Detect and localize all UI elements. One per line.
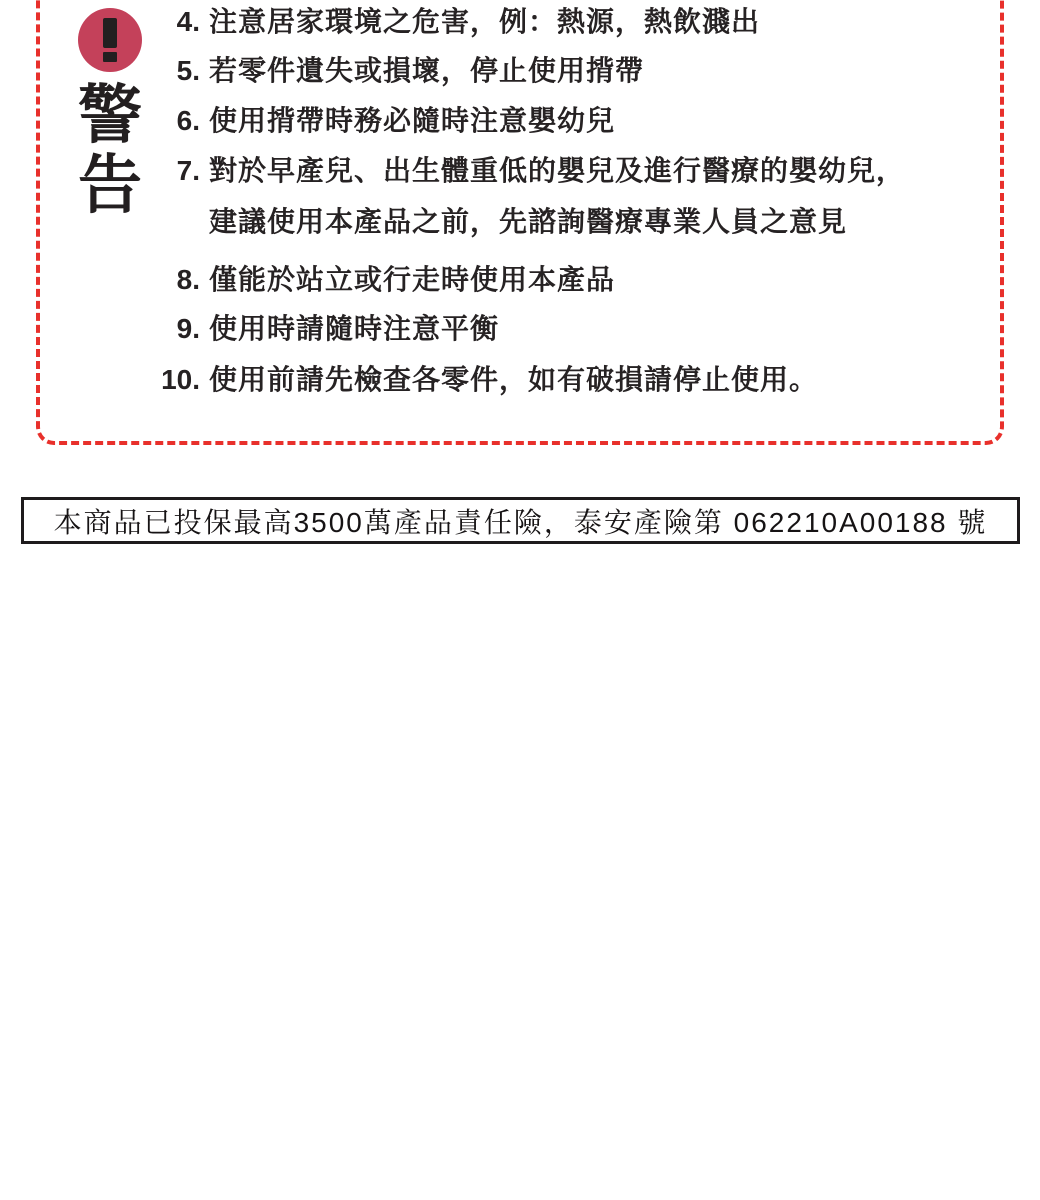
warning-title: 警告 <box>76 80 144 220</box>
exclamation-icon <box>78 8 142 72</box>
warning-item-text: 注意居家環境之危害，例：熱源，熱飲濺出 <box>209 5 760 38</box>
warning-item-number: 7. <box>152 154 200 187</box>
warning-page: 警告 4.注意居家環境之危害，例：熱源，熱飲濺出5.若零件遺失或損壞，停止使用揹… <box>0 0 1040 1200</box>
warning-list-item: 8.僅能於站立或行走時使用本產品 <box>152 263 615 296</box>
warning-item-number: 6. <box>152 104 200 137</box>
warning-title-char: 告 <box>76 150 144 220</box>
warning-item-text: 使用前請先檢查各零件，如有破損請停止使用。 <box>209 363 818 396</box>
insurance-notice-text: 本商品已投保最高3500萬產品責任險，泰安產險第 062210A00188 號 <box>54 501 988 541</box>
warning-item-number: 9. <box>152 312 200 345</box>
warning-item-text: 建議使用本產品之前，先諮詢醫療專業人員之意見 <box>209 205 847 238</box>
exclamation-dot <box>103 52 117 62</box>
warning-list-item: 6.使用揹帶時務必隨時注意嬰幼兒 <box>152 104 615 137</box>
warning-list-item: 7.對於早產兒、出生體重低的嬰兒及進行醫療的嬰幼兒， <box>152 154 905 187</box>
warning-item-text: 使用揹帶時務必隨時注意嬰幼兒 <box>209 104 615 137</box>
warning-item-text: 若零件遺失或損壞，停止使用揹帶 <box>209 54 644 87</box>
warning-item-number: 10. <box>152 363 200 396</box>
warning-item-text: 僅能於站立或行走時使用本產品 <box>209 263 615 296</box>
exclamation-bar <box>103 18 117 48</box>
warning-list-item: 4.注意居家環境之危害，例：熱源，熱飲濺出 <box>152 5 760 38</box>
warning-item-number: 5. <box>152 54 200 87</box>
warning-list-item: 9.使用時請隨時注意平衡 <box>152 312 499 345</box>
warning-list-item: 5.若零件遺失或損壞，停止使用揹帶 <box>152 54 644 87</box>
warning-title-char: 警 <box>76 80 144 150</box>
warning-item-text: 使用時請隨時注意平衡 <box>209 312 499 345</box>
warning-list-item: 建議使用本產品之前，先諮詢醫療專業人員之意見 <box>152 205 847 238</box>
warning-item-number: 4. <box>152 5 200 38</box>
warning-item-number: 8. <box>152 263 200 296</box>
warning-list-item: 10.使用前請先檢查各零件，如有破損請停止使用。 <box>152 363 818 396</box>
warning-item-number <box>152 205 200 238</box>
insurance-notice: 本商品已投保最高3500萬產品責任險，泰安產險第 062210A00188 號 <box>21 497 1020 544</box>
warning-item-text: 對於早產兒、出生體重低的嬰兒及進行醫療的嬰幼兒， <box>209 154 905 187</box>
